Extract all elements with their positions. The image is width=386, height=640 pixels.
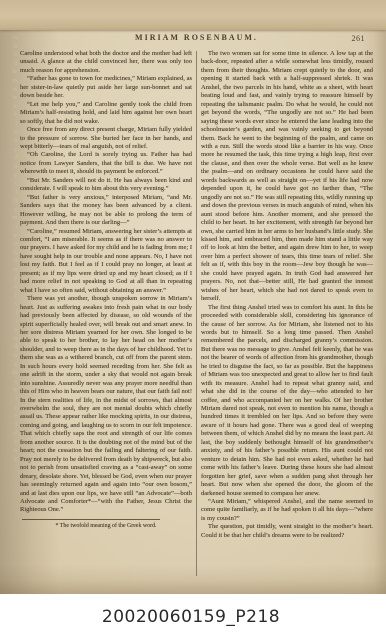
column-divider-rule bbox=[196, 51, 197, 576]
paragraph: “But father is very anxious,” interposed… bbox=[20, 194, 192, 228]
running-head-row: MIRIAM ROSENBAUM. 261 bbox=[20, 33, 373, 48]
paragraph: “Caroline,” resumed Miriam, answering he… bbox=[20, 228, 192, 296]
page-number: 261 bbox=[352, 34, 366, 43]
facing-page-text-fragments: n b ’s d ly m is w k e t o a r d n y s l… bbox=[7, 34, 17, 574]
paragraph: The two women sat for some time in silen… bbox=[201, 50, 373, 304]
paragraph: “Father has gone to town for medicines,”… bbox=[20, 75, 192, 100]
paragraph: There was yet another, though unspoken s… bbox=[20, 295, 192, 515]
book-page-photo: n b ’s d ly m is w k e t o a r d n y s l… bbox=[0, 0, 386, 594]
archival-label-strip: 20020060159_P218 bbox=[0, 594, 386, 640]
footnote: * The twofold meaning of the Greek word. bbox=[20, 522, 192, 530]
left-column: Caroline understood what both the doctor… bbox=[20, 50, 192, 590]
paragraph: “Let me help you,” and Caroline gently t… bbox=[20, 101, 192, 126]
paragraph: The question, put timidly, went straight… bbox=[201, 523, 373, 540]
paragraph: Once free from any direct present charge… bbox=[20, 126, 192, 151]
archival-id-label: 20020060159_P218 bbox=[102, 607, 280, 627]
right-column: The two women sat for some time in silen… bbox=[201, 50, 373, 590]
paragraph: Caroline understood what both the doctor… bbox=[20, 50, 192, 75]
text-columns: Caroline understood what both the doctor… bbox=[20, 50, 373, 590]
running-head-title: MIRIAM ROSENBAUM. bbox=[20, 33, 373, 42]
paragraph: The first thing Anshel tried was to comf… bbox=[201, 304, 373, 498]
page-top-edge bbox=[0, 0, 386, 30]
footnote-rule bbox=[22, 519, 160, 520]
page-content: MIRIAM ROSENBAUM. 261 Caroline understoo… bbox=[20, 31, 373, 594]
paragraph: “Oh Caroline, the Lord is sorely trying … bbox=[20, 151, 192, 176]
paragraph: “But Mr. Sanders will not do it. He has … bbox=[20, 177, 192, 194]
paragraph: “Aunt Miriam,” whispered Anshel, and the… bbox=[201, 498, 373, 523]
